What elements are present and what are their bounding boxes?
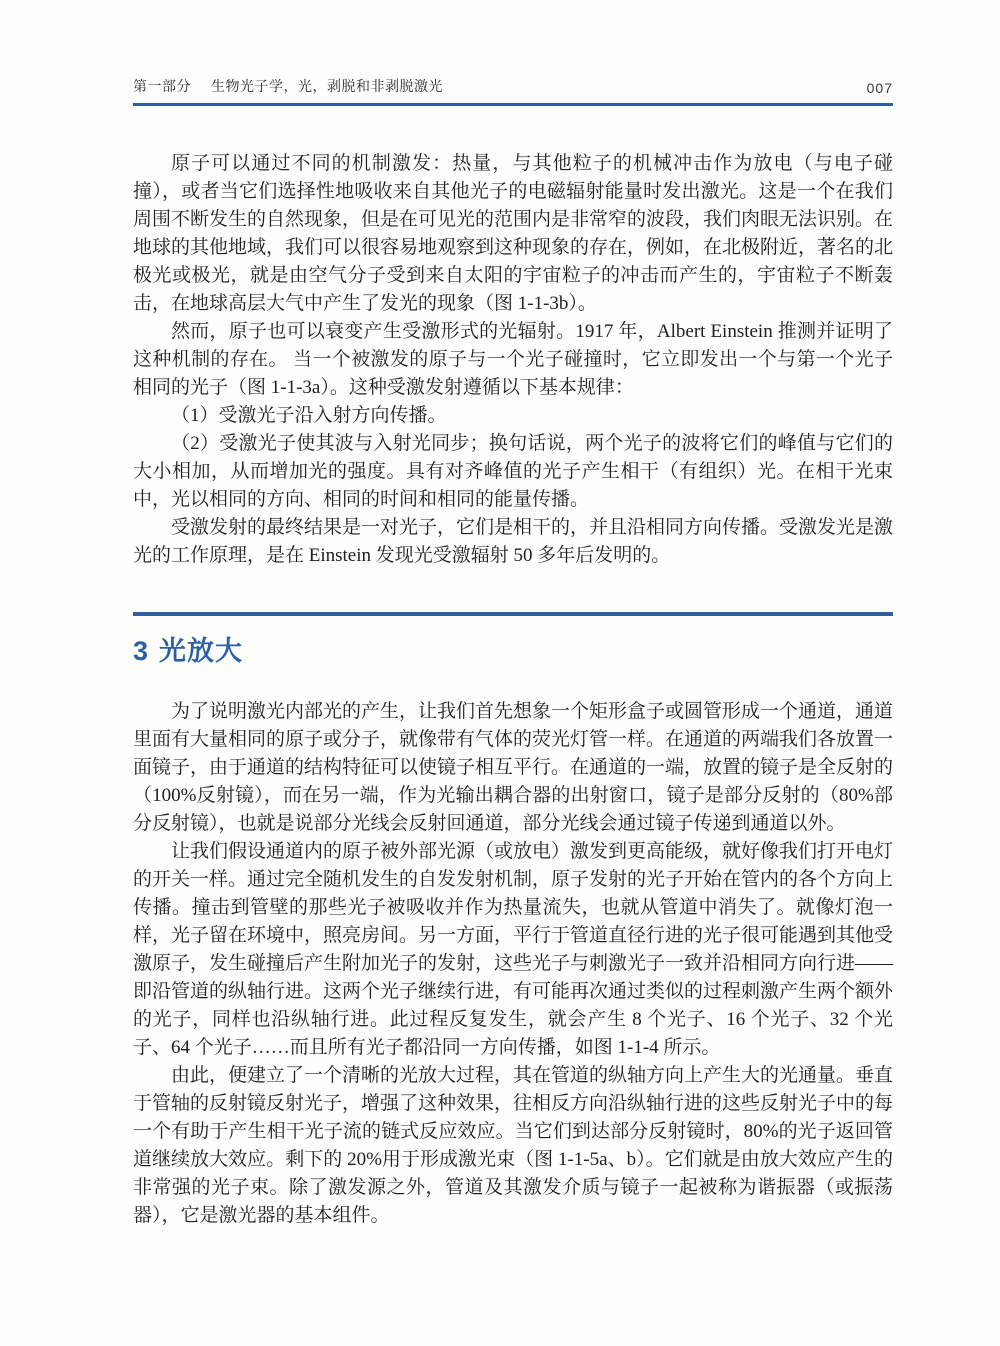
list-item-2: （2）受激光子使其波与入射光同步；换句话说，两个光子的波将它们的峰值与它们的大小… [133,430,893,514]
intro-paragraphs: 原子可以通过不同的机制激发：热量，与其他粒子的机械冲击作为放电（与电子碰撞），或… [133,150,893,570]
list-item-1: （1）受激光子沿入射方向传播。 [133,402,893,430]
page-number: 007 [867,80,893,96]
part-label: 第一部分 [133,76,191,96]
section-number: 3 [133,636,149,666]
paragraph: 受激发射的最终结果是一对光子，它们是相干的，并且沿相同方向传播。受激发光是激光的… [133,514,893,570]
running-title: 第一部分 生物光子学，光，剥脱和非剥脱激光 [133,76,443,96]
paragraph: 然而，原子也可以衰变产生受激形式的光辐射。1917 年，Albert Einst… [133,318,893,402]
section-divider-rule [133,612,893,616]
paragraph: 让我们假设通道内的原子被外部光源（或放电）激发到更高能级，就好像我们打开电灯的开… [133,838,893,1062]
book-page: 第一部分 生物光子学，光，剥脱和非剥脱激光 007 原子可以通过不同的机制激发：… [0,0,1000,1346]
section-heading: 3光放大 [133,629,893,668]
book-title: 生物光子学，光，剥脱和非剥脱激光 [211,76,443,96]
section-title: 光放大 [159,636,243,666]
paragraph: 原子可以通过不同的机制激发：热量，与其他粒子的机械冲击作为放电（与电子碰撞），或… [133,150,893,318]
page-header: 第一部分 生物光子学，光，剥脱和非剥脱激光 007 [133,76,893,106]
section-paragraphs: 为了说明激光内部光的产生，让我们首先想象一个矩形盒子或圆管形成一个通道，通道里面… [133,698,893,1230]
paragraph: 为了说明激光内部光的产生，让我们首先想象一个矩形盒子或圆管形成一个通道，通道里面… [133,698,893,838]
paragraph: 由此，便建立了一个清晰的光放大过程，其在管道的纵轴方向上产生大的光通量。垂直于管… [133,1062,893,1230]
page-content-column: 第一部分 生物光子学，光，剥脱和非剥脱激光 007 原子可以通过不同的机制激发：… [0,0,1000,1230]
